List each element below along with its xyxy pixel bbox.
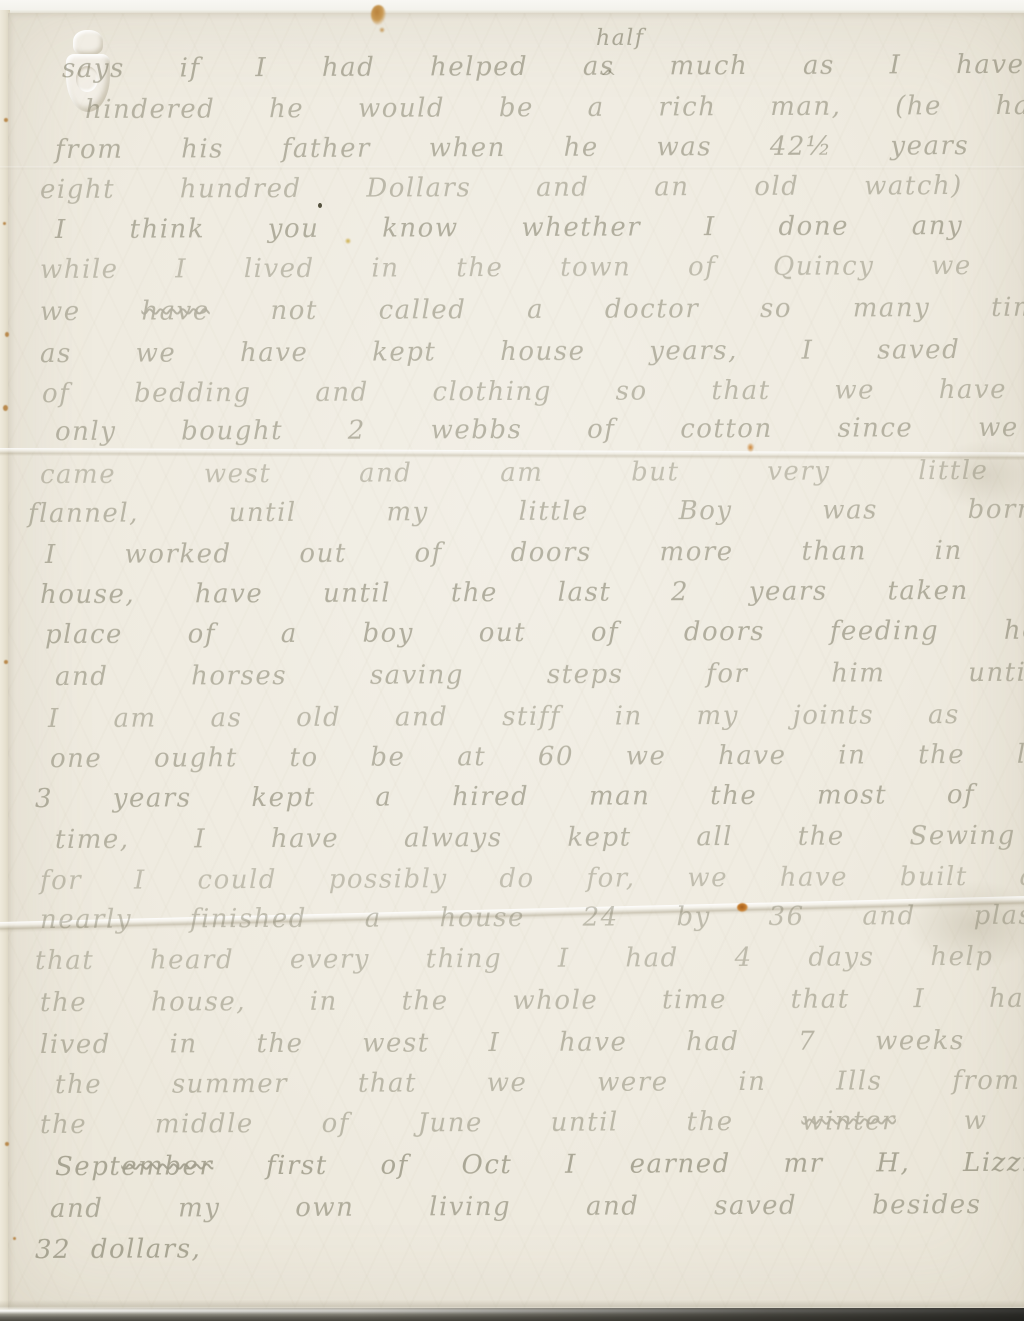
handwriting-line: I worked out of doors more than in the — [45, 533, 1024, 572]
scanner-bed-shadow — [0, 1308, 1024, 1321]
handwriting-line: for I could possibly do for, we have bui… — [40, 859, 1024, 898]
handwriting-line: hindered he would be a rich man, (he had — [85, 89, 1024, 127]
handwriting-line: lived in the west I have had 7 weeks hel… — [40, 1023, 1024, 1062]
handwriting-line: nearly finished a house 24 by 36 and pla… — [40, 898, 1024, 937]
handwriting-line: 3 years kept a hired man the most of the — [35, 777, 1024, 816]
handwriting-line: flannel, until my little Boy was born — [28, 493, 1024, 531]
foxing-spot — [4, 660, 8, 664]
foxing-spot — [3, 222, 6, 225]
line-segment: Sept — [55, 1152, 121, 1182]
handwriting-line: the middle of June until the winter w — [40, 1104, 988, 1142]
handwriting-line: from his father when he was 42½ years ol… — [55, 129, 1024, 167]
foxing-spot — [13, 1237, 16, 1240]
line-segment: we — [40, 297, 142, 327]
handwriting-line: 32 dollars, — [35, 1232, 201, 1267]
handwriting-line: the summer that we were in Ills from — [55, 1064, 1021, 1102]
handwriting-line: one ought to be at 60 we have in the las… — [50, 738, 1024, 776]
struck-word: ember — [121, 1151, 213, 1181]
line-segment: not called a doctor so many times — [210, 293, 1024, 327]
foxing-spot — [3, 405, 8, 411]
handwriting-line: as we have kept house years, I saved up — [40, 333, 1024, 371]
handwriting-line: September first of Oct I earned mr H, Li… — [55, 1146, 1024, 1184]
handwriting-line: eight hundred Dollars and an old watch) — [40, 169, 963, 207]
handwriting-line: that heard every thing I had 4 days help… — [35, 939, 1024, 978]
handwriting-line: house, have until the last 2 years taken… — [40, 573, 1024, 612]
foxing-spot — [5, 1142, 9, 1146]
handwriting-line: while I lived in the town of Quincy we h… — [40, 248, 1024, 287]
handwriting-line: of bedding and clothing so that we have — [42, 373, 1007, 411]
handwriting-line: and horses saving steps for him until — [55, 656, 1024, 694]
foxing-spot — [5, 332, 9, 337]
handwriting-line: came west and am but very little — [40, 454, 989, 492]
handwriting-line: only bought 2 webbs of cotton since we — [55, 411, 1019, 449]
handwriting-line: place of a boy out of doors feeding hogs — [45, 614, 1024, 652]
handwriting-line: and my own living and saved besides — [50, 1188, 982, 1226]
foxing-spot — [4, 118, 8, 122]
struck-word: winter — [801, 1106, 896, 1136]
handwriting-line: we have not called a doctor so many time… — [40, 291, 1024, 329]
handwriting-line: says if I had helped as much as I have — [62, 48, 1024, 86]
scanner-background-strip — [0, 0, 1024, 14]
handwriting-line: the house, in the whole time that I have — [40, 982, 1024, 1020]
line-segment: the middle of June until the — [40, 1107, 801, 1140]
line-segment: first of Oct I earned mr H, Lizzies — [213, 1148, 1024, 1182]
scanned-letter-page: { "document_type": "handwritten letter p… — [0, 0, 1024, 1321]
handwriting-line: I think you know whether I done any thin… — [55, 208, 1024, 247]
handwriting-line: I am as old and stiff in my joints as — [48, 698, 960, 736]
handwriting-line: time, I have always kept all the Sewing — [55, 819, 1016, 857]
struck-word: have — [141, 296, 209, 326]
line-segment: w — [896, 1106, 988, 1136]
